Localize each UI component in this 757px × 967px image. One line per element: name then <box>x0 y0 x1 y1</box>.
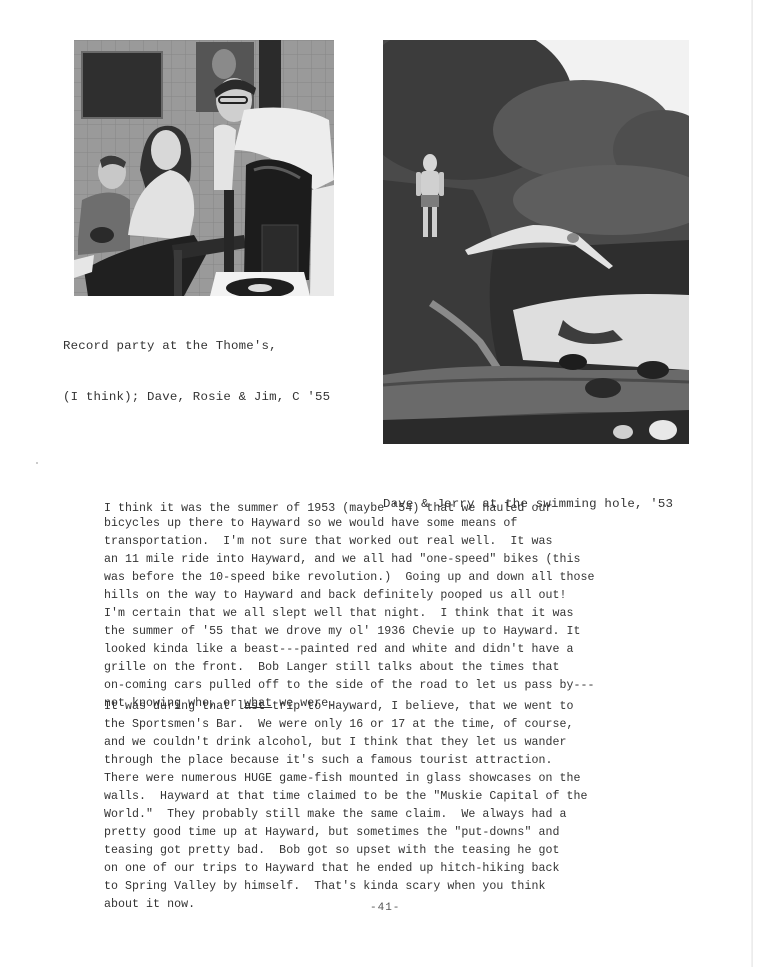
scan-speck <box>36 462 38 464</box>
text-line: walls. Hayward at that time claimed to b… <box>104 788 664 806</box>
paragraph-sportsmens-bar: It was during that last trip to Hayward,… <box>104 698 664 914</box>
text-line: was before the 10-speed bike revolution.… <box>104 569 664 587</box>
text-line: on one of our trips to Hayward that he e… <box>104 860 664 878</box>
page-number: -41- <box>370 902 400 914</box>
page-edge <box>751 0 753 967</box>
text-line: through the place because it's such a fa… <box>104 752 664 770</box>
text-line: It was during that last trip to Hayward,… <box>104 698 664 716</box>
text-line: hills on the way to Hayward and back def… <box>104 587 664 605</box>
photo-swimming-hole <box>383 40 689 444</box>
text-line: an 11 mile ride into Hayward, and we all… <box>104 551 664 569</box>
text-line: teasing got pretty bad. Bob got so upset… <box>104 842 664 860</box>
text-line: grille on the front. Bob Langer still ta… <box>104 659 664 677</box>
caption-line: (I think); Dave, Rosie & Jim, C '55 <box>63 389 330 406</box>
text-line: looked kinda like a beast---painted red … <box>104 641 664 659</box>
text-line: to Spring Valley by himself. That's kind… <box>104 878 664 896</box>
photo-icon <box>383 40 689 444</box>
photo-caption-record-party: Record party at the Thome's, (I think); … <box>63 304 330 423</box>
text-line: bicycles up there to Hayward so we would… <box>104 515 664 533</box>
text-line: I think it was the summer of 1953 (maybe… <box>104 503 664 515</box>
text-line: the Sportsmen's Bar. We were only 16 or … <box>104 716 664 734</box>
text-line: on-coming cars pulled off to the side of… <box>104 677 664 695</box>
photo-icon <box>74 40 334 296</box>
text-line: There were numerous HUGE game-fish mount… <box>104 770 664 788</box>
photo-record-party <box>74 40 334 296</box>
text-line: transportation. I'm not sure that worked… <box>104 533 664 551</box>
text-line: pretty good time up at Hayward, but some… <box>104 824 664 842</box>
text-line: World." They probably still make the sam… <box>104 806 664 824</box>
caption-line: Record party at the Thome's, <box>63 338 330 355</box>
paragraph-bike-trip: I think it was the summer of 1953 (maybe… <box>104 503 664 713</box>
text-line: and we couldn't drink alcohol, but I thi… <box>104 734 664 752</box>
text-line: the summer of '55 that we drove my ol' 1… <box>104 623 664 641</box>
text-line: I'm certain that we all slept well that … <box>104 605 664 623</box>
